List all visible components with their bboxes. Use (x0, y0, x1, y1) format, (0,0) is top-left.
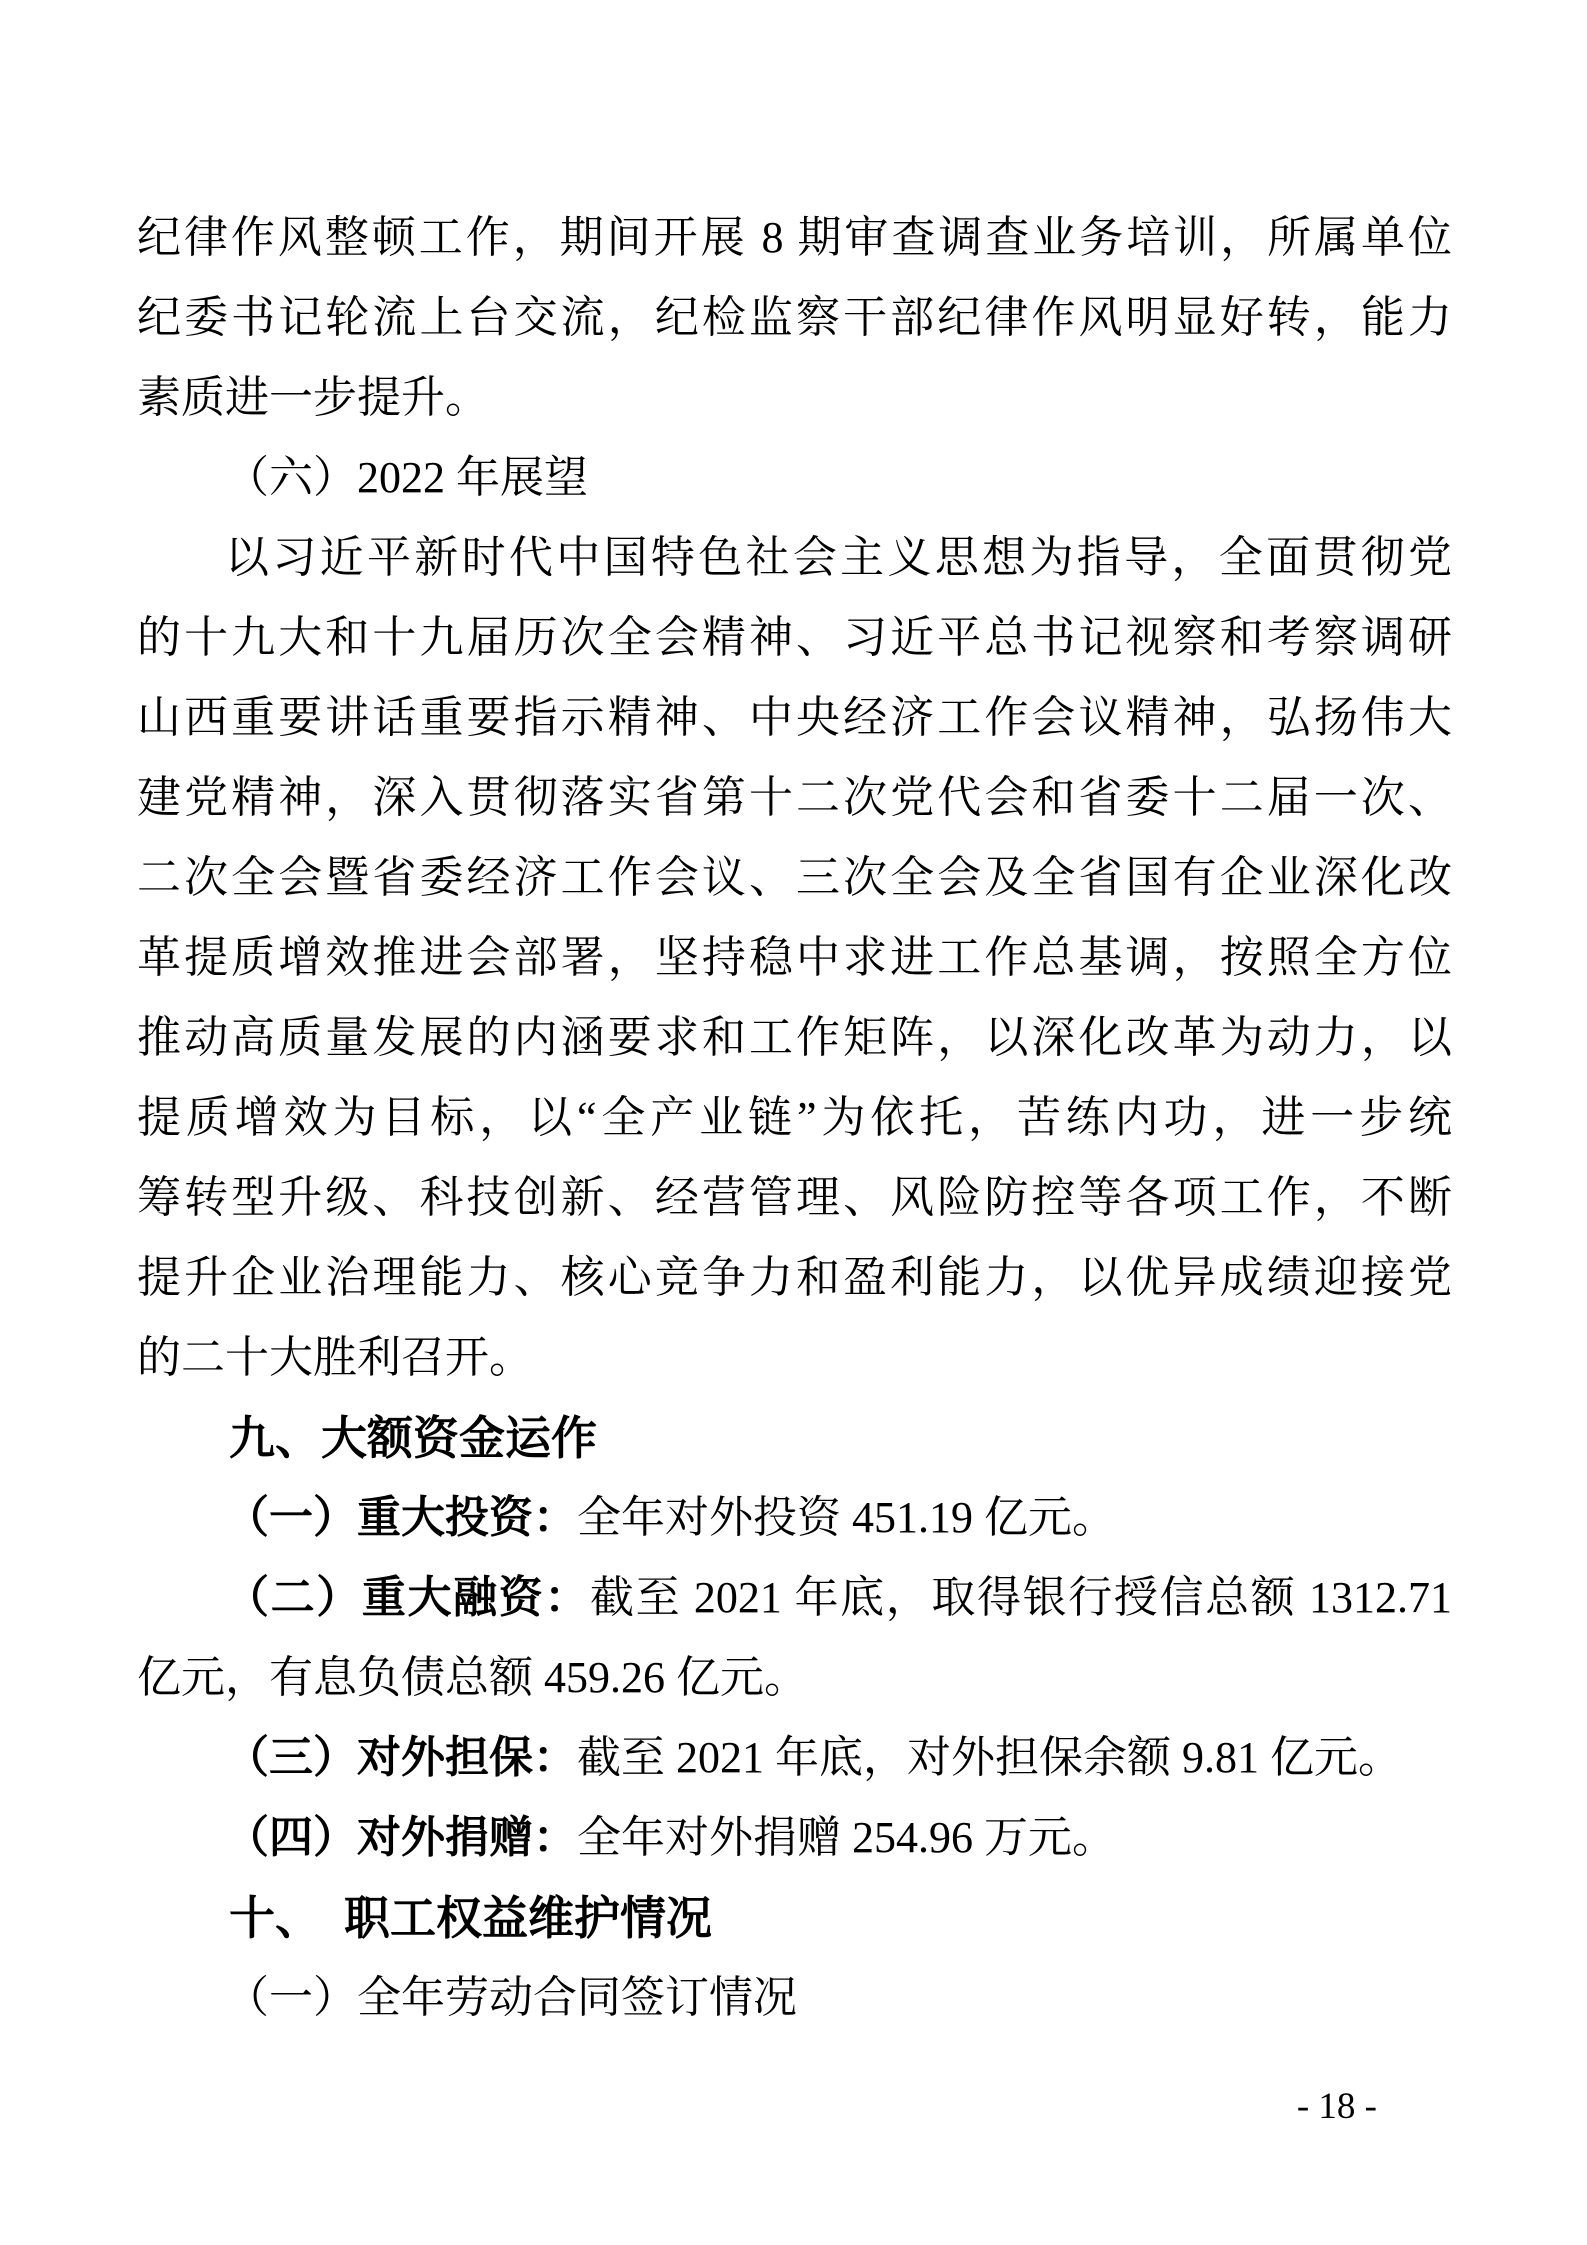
text-line: 建党精神，深入贯彻落实省第十二次党代会和省委十二届一次、 (137, 758, 1452, 838)
text-line: 的二十大胜利召开。 (137, 1318, 1452, 1398)
section-heading: 九、大额资金运作 (137, 1398, 1452, 1478)
text-line: 山西重要讲话重要指示精神、中央经济工作会议精神，弘扬伟大 (137, 678, 1452, 758)
text-line: 以习近平新时代中国特色社会主义思想为指导，全面贯彻党 (137, 518, 1452, 598)
sub-heading: （六）2022 年展望 (137, 438, 1452, 518)
text-line: 纪委书记轮流上台交流，纪检监察干部纪律作风明显好转，能力 (137, 278, 1452, 358)
sub-heading: （一）全年劳动合同签订情况 (137, 1958, 1452, 2038)
text-line: （一）重大投资：全年对外投资 451.19 亿元。 (137, 1478, 1452, 1558)
text-line: 素质进一步提升。 (137, 358, 1452, 438)
text-line: 纪律作风整顿工作，期间开展 8 期审查调查业务培训，所属单位 (137, 198, 1452, 278)
item-lead: （一）重大投资： (225, 1493, 577, 1542)
document-page: 纪律作风整顿工作，期间开展 8 期审查调查业务培训，所属单位纪委书记轮流上台交流… (0, 0, 1587, 2245)
page-number: - 18 - (1297, 2082, 1377, 2132)
section-heading: 十、 职工权益维护情况 (137, 1878, 1452, 1958)
text-body: 纪律作风整顿工作，期间开展 8 期审查调查业务培训，所属单位纪委书记轮流上台交流… (137, 198, 1452, 2038)
text-line: 筹转型升级、科技创新、经营管理、风险防控等各项工作，不断 (137, 1158, 1452, 1238)
text-line: （四）对外捐赠：全年对外捐赠 254.96 万元。 (137, 1798, 1452, 1878)
item-lead: （四）对外捐赠： (225, 1813, 577, 1862)
text-line: 的十九大和十九届历次全会精神、习近平总书记视察和考察调研 (137, 598, 1452, 678)
text-line: （二）重大融资：截至 2021 年底，取得银行授信总额 1312.71 (137, 1558, 1452, 1638)
text-line: 亿元，有息负债总额 459.26 亿元。 (137, 1638, 1452, 1718)
text-line: 二次全会暨省委经济工作会议、三次全会及全省国有企业深化改 (137, 838, 1452, 918)
text-line: 推动高质量发展的内涵要求和工作矩阵，以深化改革为动力，以 (137, 998, 1452, 1078)
text-line: 提升企业治理能力、核心竞争力和盈利能力，以优异成绩迎接党 (137, 1238, 1452, 1318)
text-line: 提质增效为目标，以“全产业链”为依托，苦练内功，进一步统 (137, 1078, 1452, 1158)
text-line: 革提质增效推进会部署，坚持稳中求进工作总基调，按照全方位 (137, 918, 1452, 998)
item-lead: （二）重大融资： (225, 1573, 590, 1622)
text-line: （三）对外担保：截至 2021 年底，对外担保余额 9.81 亿元。 (137, 1718, 1452, 1798)
item-lead: （三）对外担保： (225, 1733, 577, 1782)
